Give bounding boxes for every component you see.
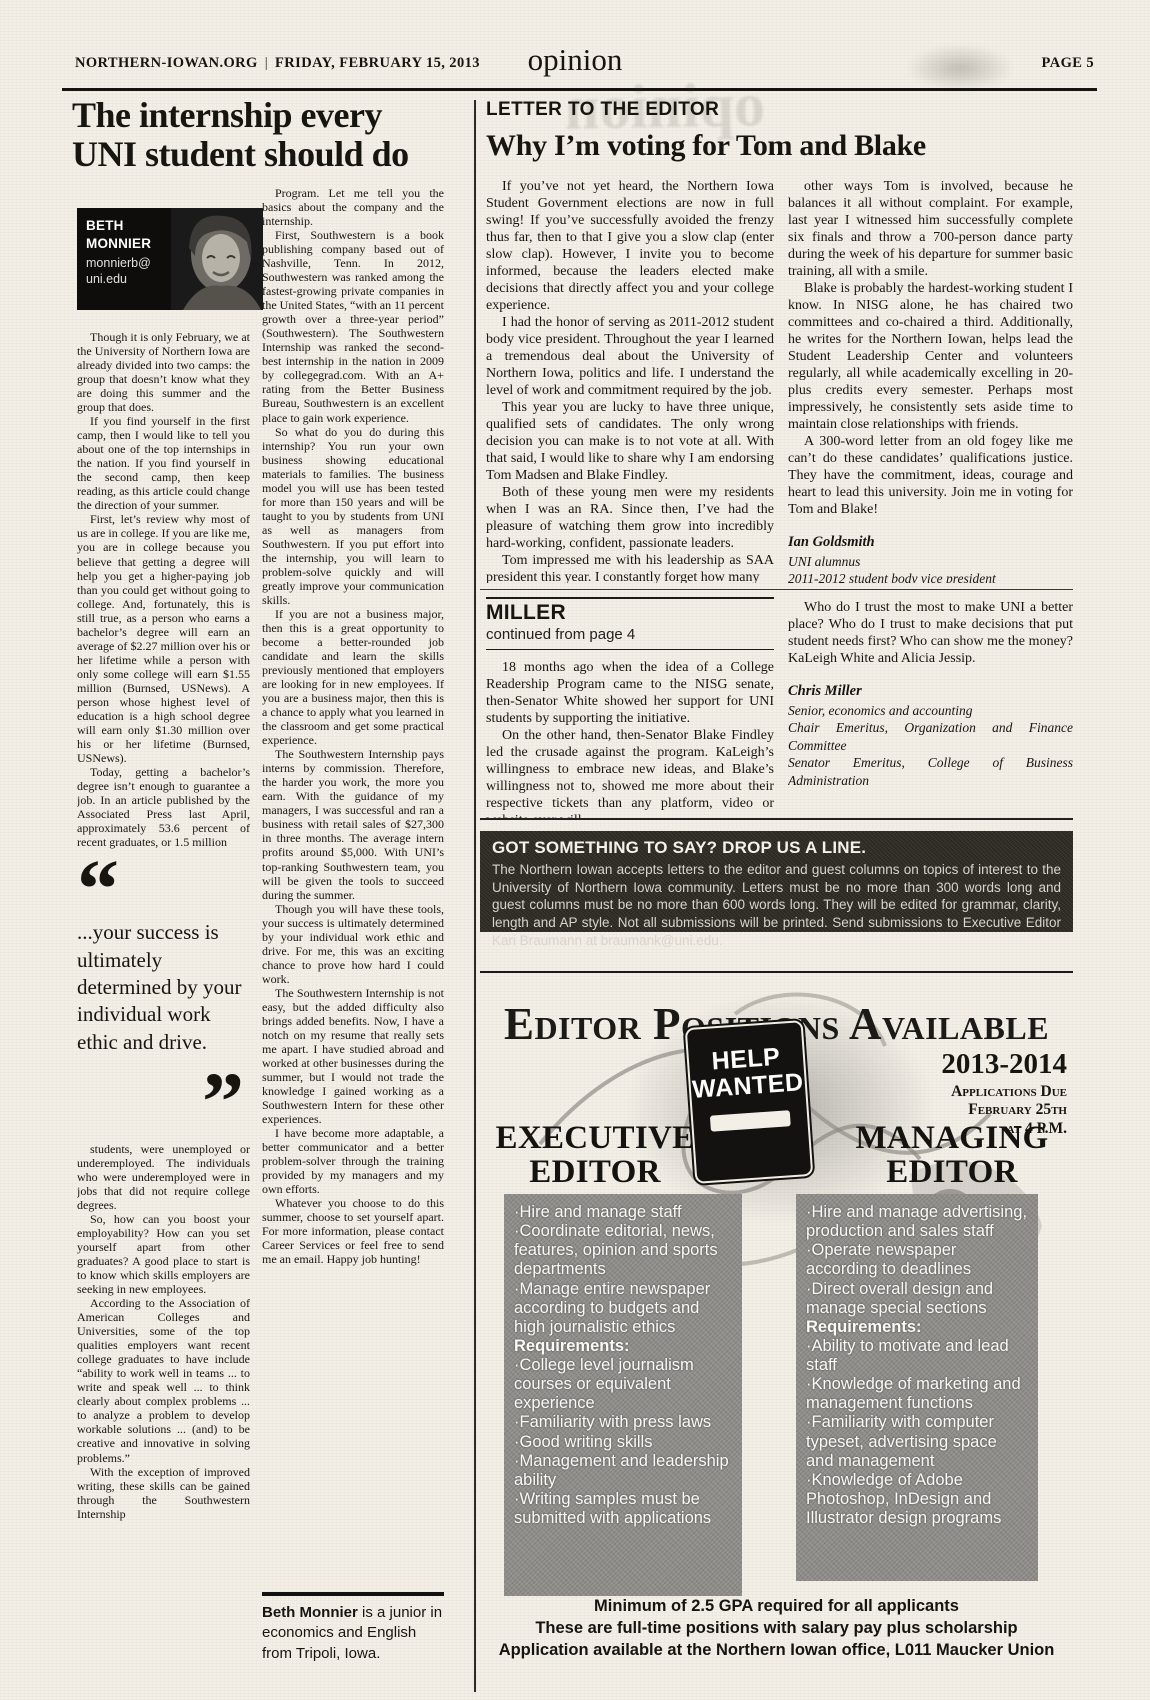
close-quote-icon: ” bbox=[77, 1082, 244, 1124]
requirement-item: ·Familiarity with press laws bbox=[514, 1413, 732, 1432]
article-paragraph: So, how can you boost your employability… bbox=[77, 1212, 250, 1296]
article-paragraph: Though it is only February, we at the Un… bbox=[77, 330, 250, 414]
article-paragraph: The Southwestern Internship is not easy,… bbox=[262, 986, 444, 1126]
continued-from-line: continued from page 4 bbox=[486, 626, 774, 644]
letter-kicker: LETTER TO THE EDITOR bbox=[486, 100, 719, 119]
duty-item: ·Hire and manage staff bbox=[514, 1203, 732, 1222]
executive-title-line1: EXECUTIVE bbox=[482, 1122, 708, 1156]
author-photo bbox=[171, 208, 263, 310]
signature-name: Ian Goldsmith bbox=[788, 533, 1073, 553]
requirements-label: Requirements: bbox=[514, 1337, 732, 1356]
executive-title-line2: EDITOR bbox=[482, 1156, 708, 1190]
bio-author-name: Beth Monnier bbox=[262, 1604, 358, 1621]
article-paragraph: So what do you do during this internship… bbox=[262, 425, 444, 607]
managing-duties: ·Hire and manage advertising, production… bbox=[806, 1203, 1028, 1318]
executive-editor-heading: EXECUTIVE EDITOR bbox=[482, 1122, 708, 1189]
letters-box-rule bbox=[480, 818, 1073, 820]
letter-column-1: If you’ve not yet heard, the Northern Io… bbox=[486, 178, 774, 583]
signature-line: Senator Emeritus, College of Business Ad… bbox=[788, 754, 1073, 789]
requirement-item: ·College level journalism courses or equ… bbox=[514, 1356, 732, 1413]
requirement-item: ·Knowledge of Adobe Photoshop, InDesign … bbox=[806, 1471, 1028, 1528]
letter-paragraph: other ways Tom is involved, because he b… bbox=[788, 178, 1073, 280]
requirement-item: ·Knowledge of marketing and management f… bbox=[806, 1375, 1028, 1413]
miller-paragraph: Who do I trust the most to make UNI a be… bbox=[788, 599, 1073, 667]
managing-duties-box: ·Hire and manage advertising, production… bbox=[796, 1194, 1038, 1581]
requirement-item: ·Writing samples must be submitted with … bbox=[514, 1490, 732, 1528]
internship-column-2: Program. Let me tell you the basics abou… bbox=[262, 186, 444, 1578]
managing-title-line1: MANAGING bbox=[832, 1122, 1072, 1156]
author-first-name: BETH bbox=[86, 217, 167, 235]
author-last-name: MONNIER bbox=[86, 235, 167, 253]
article-paragraph: If you are not a business major, then th… bbox=[262, 607, 444, 747]
continuation-slug: MILLER bbox=[486, 602, 774, 624]
internship-col1-paras-b: students, were unemployed or underemploy… bbox=[77, 1142, 250, 1521]
pull-quote-text: ...your success is ultimately determined… bbox=[77, 919, 250, 1055]
letter-paragraph: Tom impressed me with his leadership as … bbox=[486, 552, 774, 583]
duty-item: ·Direct overall design and manage specia… bbox=[806, 1280, 1028, 1318]
letter-signature: Ian Goldsmith UNI alumnus2011-2012 stude… bbox=[788, 533, 1073, 583]
requirement-item: ·Ability to motivate and lead staff bbox=[806, 1337, 1028, 1375]
miller-column-2: Who do I trust the most to make UNI a be… bbox=[788, 599, 1073, 815]
article-paragraph: Today, getting a bachelor’s degree isn’t… bbox=[77, 765, 250, 849]
managing-editor-heading: MANAGING EDITOR bbox=[832, 1122, 1072, 1189]
internship-col2-paras: Program. Let me tell you the basics abou… bbox=[262, 186, 444, 1266]
letter-paragraph: Both of these young men were my resident… bbox=[486, 484, 774, 552]
signature-line: UNI alumnus bbox=[788, 553, 1073, 571]
article-paragraph: Program. Let me tell you the basics abou… bbox=[262, 186, 444, 228]
internship-headline: The internship every UNI student should … bbox=[72, 96, 440, 174]
executive-duties: ·Hire and manage staff·Coordinate editor… bbox=[514, 1203, 732, 1337]
letter-column-2: other ways Tom is involved, because he b… bbox=[788, 178, 1073, 583]
signature-line: 2011-2012 student body vice president bbox=[788, 570, 1073, 583]
executive-duties-box: ·Hire and manage staff·Coordinate editor… bbox=[504, 1194, 742, 1596]
ad-top-rule bbox=[480, 971, 1073, 973]
editor-positions-ad: Editor Positions Available 2013-2014 App… bbox=[480, 984, 1073, 1660]
byline-box: BETH MONNIER monnierb@ uni.edu bbox=[77, 208, 263, 310]
miller-col1-paras: 18 months ago when the idea of a College… bbox=[486, 659, 774, 819]
letter-paragraph: If you’ve not yet heard, the Northern Io… bbox=[486, 178, 774, 314]
miller-paragraph: On the other hand, then-Senator Blake Fi… bbox=[486, 727, 774, 819]
internship-col1-paras-a: Though it is only February, we at the Un… bbox=[77, 330, 250, 849]
ad-footer-line: These are full-time positions with salar… bbox=[480, 1618, 1073, 1640]
managing-title-line2: EDITOR bbox=[832, 1156, 1072, 1190]
continuation-slug-box: MILLER continued from page 4 bbox=[486, 597, 774, 650]
article-paragraph: With the exception of improved writing, … bbox=[77, 1465, 250, 1521]
article-paragraph: First, Southwestern is a book publishing… bbox=[262, 228, 444, 424]
duty-item: ·Hire and manage advertising, production… bbox=[806, 1203, 1028, 1241]
miller-signature: Chris Miller Senior, economics and accou… bbox=[788, 682, 1073, 789]
duty-item: ·Coordinate editorial, news, features, o… bbox=[514, 1222, 732, 1279]
letter-col2-paras: other ways Tom is involved, because he b… bbox=[788, 178, 1073, 518]
requirement-item: ·Management and leadership ability bbox=[514, 1452, 732, 1490]
column-divider-rule bbox=[474, 100, 476, 1692]
article-paragraph: Whatever you choose to do this summer, c… bbox=[262, 1196, 444, 1266]
letters-box-body: The Northern Iowan accepts letters to th… bbox=[492, 861, 1061, 949]
pull-quote: “ ...your success is ultimately determin… bbox=[77, 867, 250, 1124]
letters-box-title: GOT SOMETHING TO SAY? DROP US A LINE. bbox=[492, 838, 1061, 858]
signature-line: Senior, economics and accounting bbox=[788, 702, 1073, 720]
author-email-part1: monnierb@ bbox=[86, 256, 167, 272]
ad-footer: Minimum of 2.5 GPA required for all appl… bbox=[480, 1596, 1073, 1661]
article-paragraph: The Southwestern Internship pays interns… bbox=[262, 747, 444, 901]
byline-text: BETH MONNIER monnierb@ uni.edu bbox=[77, 208, 171, 310]
ad-due-line: Applications Due bbox=[941, 1083, 1067, 1101]
executive-requirements: ·College level journalism courses or equ… bbox=[514, 1356, 732, 1528]
miller-paragraph: 18 months ago when the idea of a College… bbox=[486, 659, 774, 727]
requirement-item: ·Good writing skills bbox=[514, 1433, 732, 1452]
ad-year: 2013-2014 bbox=[941, 1050, 1067, 1079]
article-paragraph: First, let’s review why most of us are i… bbox=[77, 512, 250, 765]
article-paragraph: Though you will have these tools, your s… bbox=[262, 902, 444, 986]
article-paragraph: I have become more adaptable, a better c… bbox=[262, 1126, 444, 1196]
miller-column-1: MILLER continued from page 4 18 months a… bbox=[486, 597, 774, 819]
ink-smudge bbox=[905, 44, 1015, 92]
requirements-label: Requirements: bbox=[806, 1318, 1028, 1337]
letter-headline: Why I’m voting for Tom and Blake bbox=[486, 130, 1076, 162]
ad-footer-line: Application available at the Northern Io… bbox=[480, 1640, 1073, 1662]
letter-paragraph: This year you are lucky to have three un… bbox=[486, 399, 774, 484]
letter-paragraph: A 300-word letter from an old fogey like… bbox=[788, 433, 1073, 518]
article-paragraph: students, were unemployed or underemploy… bbox=[77, 1142, 250, 1212]
ad-footer-line: Minimum of 2.5 GPA required for all appl… bbox=[480, 1596, 1073, 1618]
duty-item: ·Manage entire newspaper according to bu… bbox=[514, 1280, 732, 1337]
letter-paragraph: I had the honor of serving as 2011-2012 … bbox=[486, 314, 774, 399]
author-email-part2: uni.edu bbox=[86, 272, 167, 288]
letters-policy-box: GOT SOMETHING TO SAY? DROP US A LINE. Th… bbox=[480, 831, 1073, 932]
requirement-item: ·Familiarity with computer typeset, adve… bbox=[806, 1413, 1028, 1470]
article-paragraph: If you find yourself in the first camp, … bbox=[77, 414, 250, 512]
signature-name: Chris Miller bbox=[788, 682, 1073, 702]
miller-col2-paras: Who do I trust the most to make UNI a be… bbox=[788, 599, 1073, 667]
letter-col1-paras: If you’ve not yet heard, the Northern Io… bbox=[486, 178, 774, 583]
page-number: PAGE 5 bbox=[1042, 56, 1094, 71]
signature-line: Chair Emeritus, Organization and Finance… bbox=[788, 719, 1073, 754]
article-paragraph: According to the Association of American… bbox=[77, 1296, 250, 1464]
newspaper-page: NORTHERN-IOWAN.ORG|FRIDAY, FEBRUARY 15, … bbox=[0, 0, 1150, 1700]
author-bio: Beth Monnier is a junior in economics an… bbox=[262, 1592, 444, 1664]
duty-item: ·Operate newspaper according to deadline… bbox=[806, 1241, 1028, 1279]
internship-column-1: Though it is only February, we at the Un… bbox=[77, 330, 250, 1700]
signature-lines: UNI alumnus2011-2012 student body vice p… bbox=[788, 553, 1073, 583]
managing-requirements: ·Ability to motivate and lead staff·Know… bbox=[806, 1337, 1028, 1528]
help-wanted-line2: WANTED bbox=[691, 1069, 804, 1103]
sign-blank-plate bbox=[710, 1110, 791, 1132]
open-quote-icon: “ bbox=[77, 867, 250, 913]
miller-top-rule bbox=[480, 589, 1073, 590]
ad-due-line: February 25th bbox=[941, 1101, 1067, 1119]
signature-lines: Senior, economics and accountingChair Em… bbox=[788, 702, 1073, 790]
letter-paragraph: Blake is probably the hardest-working st… bbox=[788, 280, 1073, 433]
